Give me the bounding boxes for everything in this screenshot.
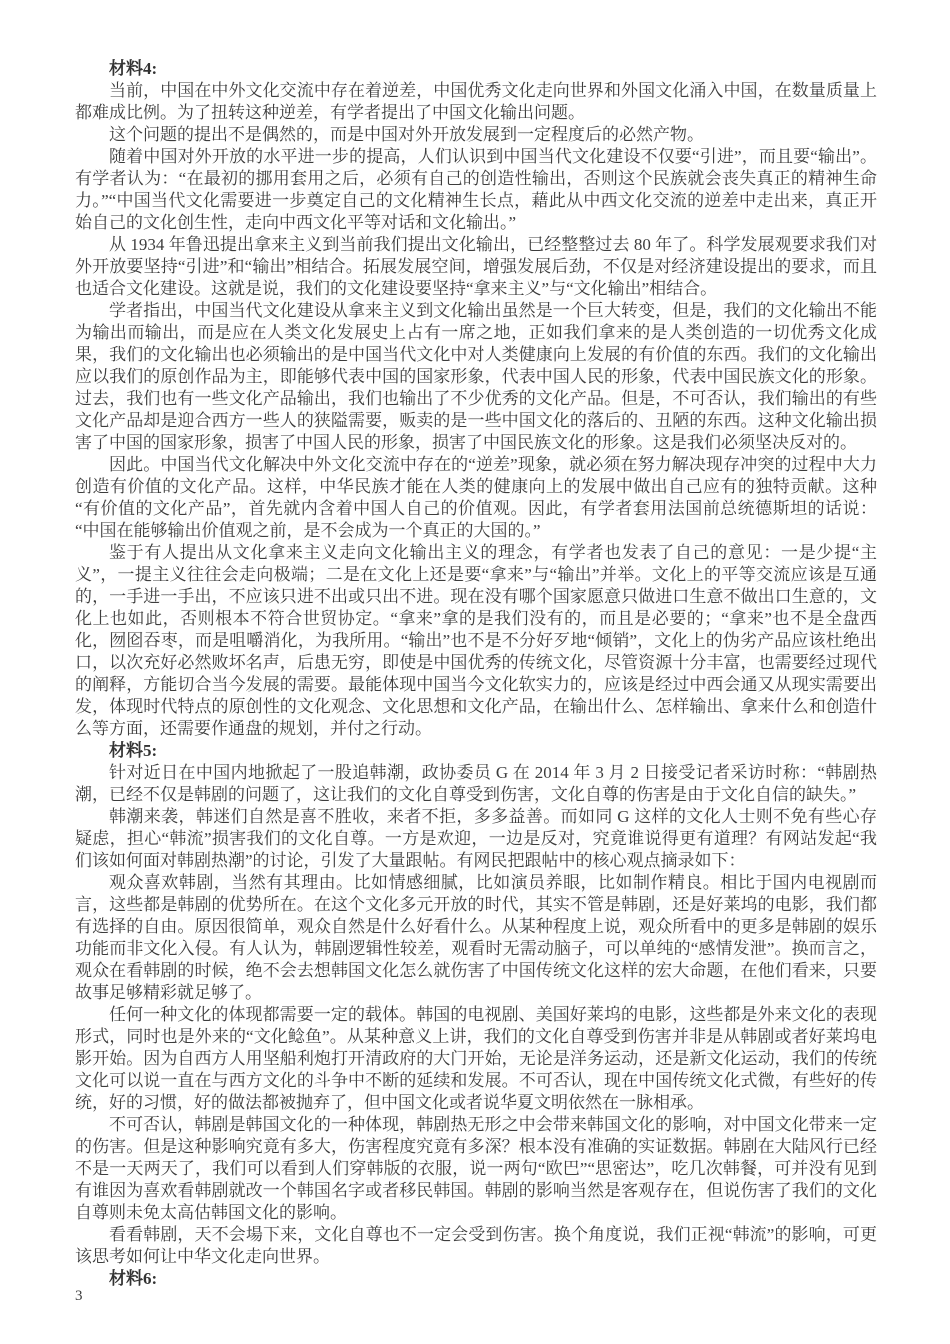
paragraph: 学者指出，中国当代文化建设从拿来主义到文化输出虽然是一个巨大转变，但是，我们的文… bbox=[75, 300, 877, 454]
section-heading: 材料5: bbox=[75, 740, 877, 762]
paragraph: 针对近日在中国内地掀起了一股追韩潮，政协委员 G 在 2014 年 3 月 2 … bbox=[75, 762, 877, 806]
paragraph: 观众喜欢韩剧，当然有其理由。比如情感细腻，比如演员养眼，比如制作精良。相比于国内… bbox=[75, 872, 877, 1004]
paragraph: 当前，中国在中外文化交流中存在着逆差，中国优秀文化走向世界和外国文化涌入中国，在… bbox=[75, 80, 877, 124]
paragraph: 从 1934 年鲁迅提出拿来主义到当前我们提出文化输出，已经整整过去 80 年了… bbox=[75, 234, 877, 300]
document-page: 材料4:当前，中国在中外文化交流中存在着逆差，中国优秀文化走向世界和外国文化涌入… bbox=[0, 0, 950, 1344]
paragraph: 不可否认，韩剧是韩国文化的一种体现，韩剧热无形之中会带来韩国文化的影响，对中国文… bbox=[75, 1114, 877, 1224]
paragraph: 任何一种文化的体现都需要一定的载体。韩国的电视剧、美国好莱坞的电影，这些都是外来… bbox=[75, 1004, 877, 1114]
section-heading: 材料4: bbox=[75, 58, 877, 80]
section-heading: 材料6: bbox=[75, 1268, 877, 1290]
document-content: 材料4:当前，中国在中外文化交流中存在着逆差，中国优秀文化走向世界和外国文化涌入… bbox=[75, 58, 877, 1290]
paragraph: 这个问题的提出不是偶然的，而是中国对外开放发展到一定程度后的必然产物。 bbox=[75, 124, 877, 146]
paragraph: 鉴于有人提出从文化拿来主义走向文化输出主义的理念，有学者也发表了自己的意见：一是… bbox=[75, 542, 877, 740]
page-number: 3 bbox=[75, 1286, 83, 1306]
paragraph: 因此。中国当代文化解决中外文化交流中存在的“逆差”现象，就必须在努力解决现存冲突… bbox=[75, 454, 877, 542]
paragraph: 韩潮来袭，韩迷们自然是喜不胜收，来者不拒，多多益善。而如同 G 这样的文化人士则… bbox=[75, 806, 877, 872]
paragraph: 随着中国对外开放的水平进一步的提高，人们认识到中国当代文化建设不仅要“引进”，而… bbox=[75, 146, 877, 234]
paragraph: 看看韩剧，天不会場下来，文化自尊也不一定会受到伤害。换个角度说，我们正视“韩流”… bbox=[75, 1224, 877, 1268]
